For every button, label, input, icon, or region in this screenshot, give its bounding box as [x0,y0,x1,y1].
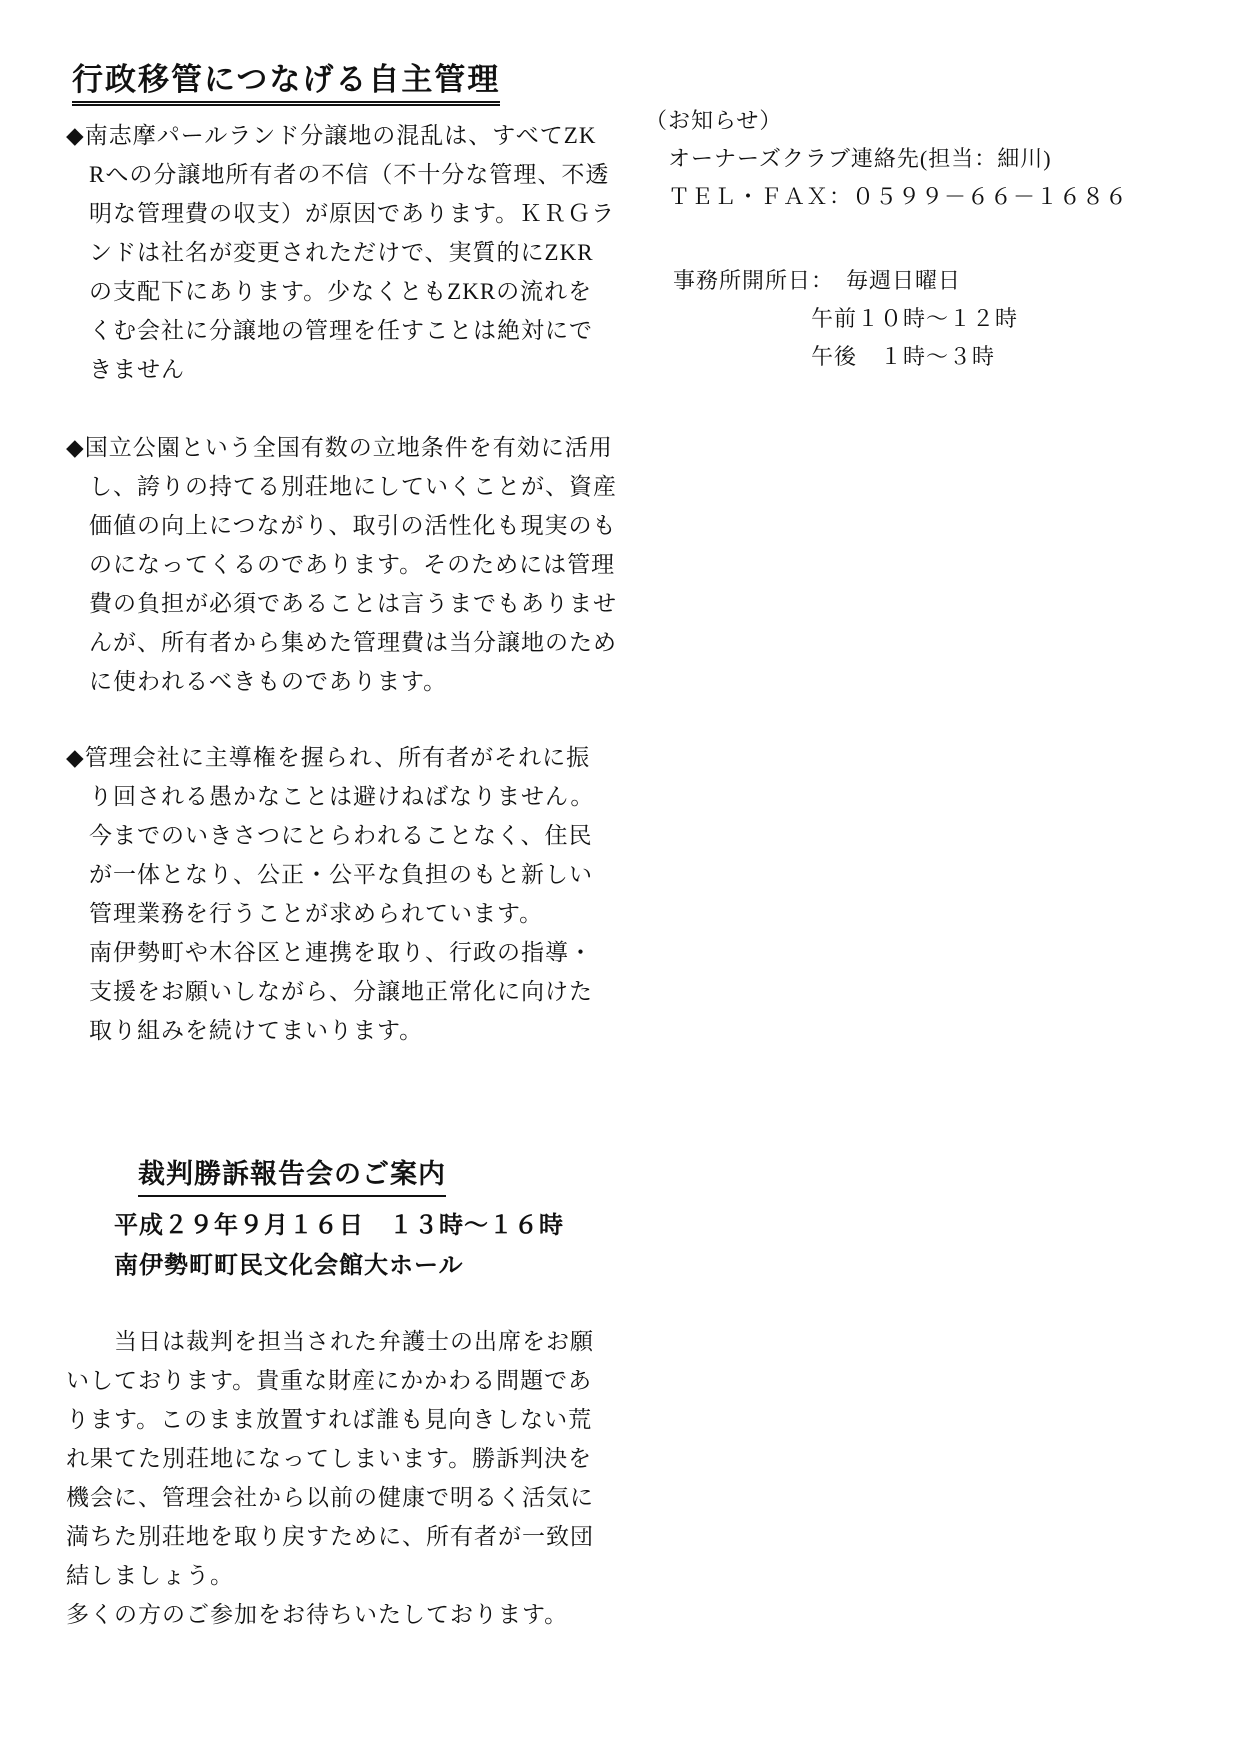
event-venue: 南伊勢町町民文化会館大ホール [114,1250,464,1281]
office-hours-block: 事務所開所日： 毎週日曜日 午前１０時～１２時 午後 １時～３時 [650,262,1018,376]
event-body-paragraph: 当日は裁判を担当された弁護士の出席をお願 いしております。貴重な財産にかかわる問… [66,1322,594,1634]
page-title: 行政移管につなげる自主管理 [72,62,500,106]
event-heading: 裁判勝訴報告会のご案内 [138,1158,446,1197]
paragraph-zkr-distrust: ◆南志摩パールランド分譲地の混乱は、すべてZK Rへの分譲地所有者の不信（不十分… [66,116,615,389]
notice-contact-block: （お知らせ） オーナーズクラブ連絡先(担当：細川) ＴＥＬ・ＦＡＸ：０５９９－６… [645,102,1128,216]
document-page: 行政移管につなげる自主管理 ◆南志摩パールランド分譲地の混乱は、すべてZK Rへ… [0,0,1240,1754]
paragraph-management-initiative: ◆管理会社に主導権を握られ、所有者がそれに振 り回される愚かなことは避けねばなり… [66,738,594,1050]
event-datetime: 平成２９年９月１６日 １３時～１６時 [114,1210,564,1241]
paragraph-national-park: ◆国立公園という全国有数の立地条件を有効に活用 し、誇りの持てる別荘地にしていく… [66,428,617,701]
